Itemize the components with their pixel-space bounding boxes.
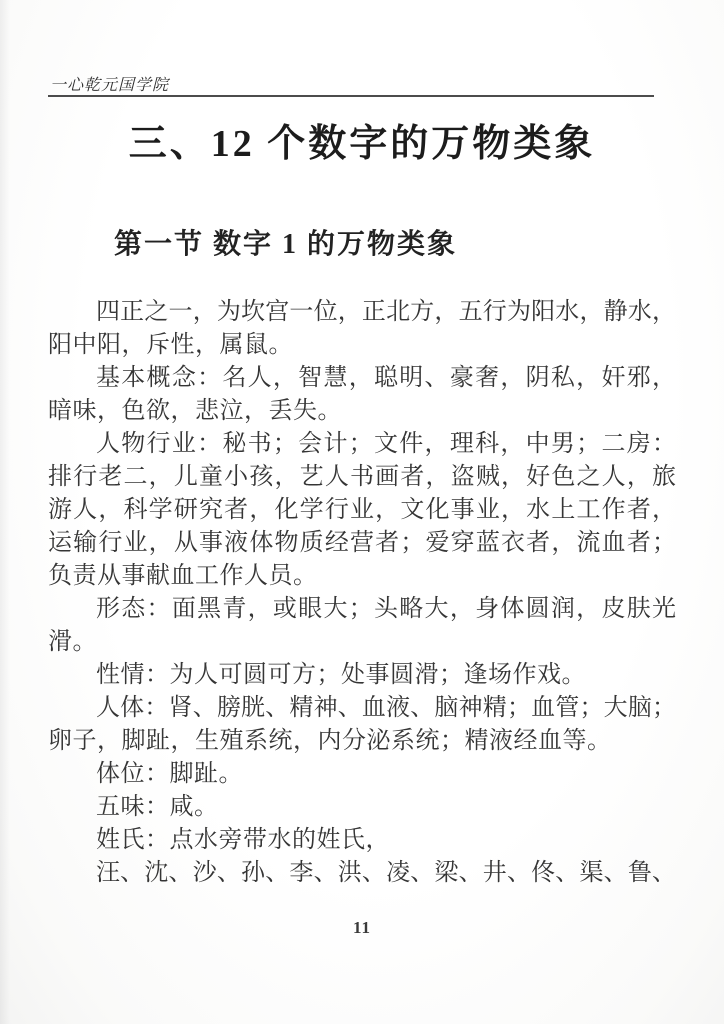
section-heading: 第一节 数字 1 的万物类象	[114, 222, 457, 262]
body-line: 汪、沈、沙、孙、李、洪、凌、梁、井、佟、渠、鲁、	[48, 857, 676, 890]
body-line: 姓氏：点水旁带水的姓氏，	[48, 824, 676, 857]
body-line: 体位：脚趾。	[48, 758, 676, 791]
body-line: 负责从事献血工作人员。	[48, 560, 676, 593]
body-line: 阳中阳，斥性，属鼠。	[48, 329, 676, 362]
running-header: 一心乾元国学院	[50, 72, 169, 95]
chapter-title: 三、12 个数字的万物类象	[0, 112, 724, 167]
body-text: 四正之一，为坎宫一位，正北方，五行为阳水，静水，阳中阳，斥性，属鼠。基本概念：名…	[48, 296, 676, 890]
scanned-book-page: 一心乾元国学院 三、12 个数字的万物类象 第一节 数字 1 的万物类象 四正之…	[0, 0, 724, 1024]
body-line: 五味：咸。	[48, 791, 676, 824]
body-line: 排行老二，儿童小孩，艺人书画者，盗贼，好色之人，旅	[48, 461, 676, 494]
page-number: 11	[0, 918, 724, 938]
body-line: 人物行业：秘书；会计；文件，理科，中男；二房：	[48, 428, 676, 461]
body-line: 运输行业，从事液体物质经营者；爱穿蓝衣者，流血者；	[48, 527, 676, 560]
body-line: 滑。	[48, 626, 676, 659]
body-line: 人体：肾、膀胱、精神、血液、脑神精；血管；大脑；	[48, 692, 676, 725]
body-line: 性情：为人可圆可方；处事圆滑；逢场作戏。	[48, 659, 676, 692]
body-line: 形态：面黑青，或眼大；头略大，身体圆润，皮肤光	[48, 593, 676, 626]
body-line: 游人，科学研究者，化学行业，文化事业，水上工作者，	[48, 494, 676, 527]
body-line: 基本概念：名人，智慧，聪明、豪奢，阴私，奸邪，	[48, 362, 676, 395]
header-rule-divider	[48, 95, 654, 97]
body-line: 卵子，脚趾，生殖系统，内分泌系统；精液经血等。	[48, 725, 676, 758]
body-line: 暗味，色欲，悲泣，丢失。	[48, 395, 676, 428]
body-line: 四正之一，为坎宫一位，正北方，五行为阳水，静水，	[48, 296, 676, 329]
